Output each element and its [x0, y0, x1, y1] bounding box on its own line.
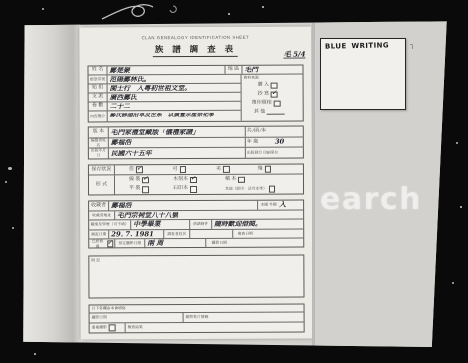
field-label: 郡望堂號 [89, 75, 108, 83]
field-value: 30 [275, 139, 303, 146]
field-value: 鄺楚聚 [107, 66, 224, 73]
field-label: 出版發行 印刷單位 [245, 148, 303, 158]
option-label: 抄 寫 [258, 92, 269, 98]
field-value: 兩 周 [145, 239, 206, 248]
field-value: 中學畢業 [131, 220, 190, 229]
field-value: 閩士行 入粵初世祖文堂。 [108, 85, 192, 92]
table-office-use: 以下各欄由本會填寫 攝影日期 縮影負片號碼 重複攝影 檢查結果 [89, 304, 305, 334]
condition-option: 殘 [257, 166, 271, 173]
format-option: 線 裝 [129, 177, 173, 184]
source-option: 購 入 [258, 82, 301, 89]
field-value: 鄺氏修譜沿革及世系 以廣置宗產祭祀事 [108, 113, 214, 119]
dust-speck [5, 181, 7, 183]
field-label: 地 區 [224, 66, 242, 74]
checkbox [179, 166, 186, 173]
field-label: 攝影日期 [90, 313, 184, 322]
field-value: 毛門宗祠堂八十八號 [115, 212, 178, 219]
field-label: 檢查結果 [126, 325, 143, 330]
option-label: 可 [172, 167, 177, 173]
genealogy-form-paper: CLAN GENEALOGY IDENTIFICATION SHEET 族 譜 … [79, 26, 312, 339]
checkbox [190, 186, 197, 193]
field-label: 調查日期 [89, 230, 109, 238]
dust-speck [452, 282, 454, 284]
field-value: 民國六十五年 [109, 149, 245, 156]
field-label: 攝影日期 [206, 239, 232, 248]
table-identification: 姓 名 鄺楚聚 地 區 毛門 郡望堂號 范陽鄺林氏。 始 祖 閩士行 入粵初世祖… [87, 65, 303, 123]
field-label: 收藏者 [89, 201, 109, 210]
field-value: 毛門 [242, 66, 302, 73]
dust-speck [262, 6, 264, 8]
checkbox [142, 177, 149, 184]
field-label: 始 祖 [89, 84, 108, 92]
field-label: 已經看過 [89, 239, 115, 248]
condition-option: 劣 [216, 166, 230, 173]
field-label: 卷 數 [89, 102, 108, 110]
field-label: 複查日期 [233, 230, 257, 238]
dust-speck [456, 142, 458, 144]
table-row: 已經看過 預定攝影日期 兩 周 攝影日期 [89, 239, 303, 249]
form-english-title: CLAN GENEALOGY IDENTIFICATION SHEET [79, 34, 311, 40]
source-panel: 資料來源 購 入 抄 寫 複印照相 [241, 75, 303, 121]
form-chinese-title: 族 譜 調 查 表 [153, 43, 238, 57]
checkbox [269, 186, 276, 193]
field-value: 鄺福浩 [109, 139, 245, 146]
condition-option: 佳 [129, 166, 143, 173]
checkbox [274, 100, 281, 107]
format-option: 石印本 [173, 186, 225, 193]
field-label: 形 式 [89, 175, 115, 194]
dust-speck [34, 353, 36, 355]
field-label: 職業及學歷（可不填） [89, 220, 131, 229]
option-label: 其 他 [254, 109, 265, 115]
fill-in-line [267, 110, 285, 115]
field-value: 范陽鄺林氏。 [108, 76, 151, 83]
option-label: 已經看過 [90, 239, 105, 248]
checkbox [271, 91, 278, 98]
field-label: 調查者姓名 [164, 230, 190, 238]
source-option: 其 他 [254, 109, 301, 115]
field-label: 保存狀況 [89, 165, 115, 174]
table-edition: 版 本 毛門家禮堂藏版「儀禮家譜」 共 ∕函 ∕本 編纂者姓名 鄺福浩 年 歲 … [88, 126, 304, 160]
table-row: 內容簡介 鄺氏修譜沿革及世系 以廣置宗產祭祀事 [89, 111, 241, 122]
field-label: 姓 名 [88, 66, 107, 74]
field-value: 隨時歡迎借閱。 [212, 221, 262, 228]
option-label: 殘 [257, 166, 262, 172]
checkbox [109, 325, 116, 332]
source-option: 複印照相 [252, 100, 301, 107]
field-label: 年 歲 [245, 138, 275, 147]
option-label: 其他（影印‧活頁本等） [225, 187, 267, 192]
field-label: 編纂者姓名 [89, 138, 109, 147]
dust-speck [42, 8, 44, 10]
option-label: 稿 本 [225, 177, 236, 183]
field-label: 出版年月日 [89, 148, 109, 158]
table-condition-format: 保存狀況 佳 可 劣 殘 [88, 164, 304, 196]
field-value: 廣西鄺氏 [108, 94, 137, 101]
option-label: 石印本 [173, 186, 188, 192]
sticky-note-text: BLUE WRITING [325, 41, 389, 50]
checkbox [190, 176, 197, 183]
dust-speck [460, 206, 462, 208]
checkbox [107, 241, 114, 248]
format-option: 稿 本 [225, 176, 245, 183]
table-row: 重複攝影 檢查結果 [90, 323, 304, 333]
sticky-note: BLUE WRITING [320, 38, 406, 110]
field-label: 版 本 [89, 127, 109, 137]
option-label: 劣 [216, 167, 221, 173]
field-label: 本國 外國 [257, 201, 279, 210]
field-label: 預定攝影日期 [115, 239, 145, 248]
field-label: 內容簡介 [89, 111, 108, 121]
condition-option: 可 [172, 166, 186, 173]
field-label: 支 派 [89, 93, 108, 101]
field-label: 重複攝影 [90, 323, 126, 332]
checkbox [136, 166, 143, 173]
field-label: 以下各欄由本會填寫 [92, 307, 126, 312]
source-option: 抄 寫 [258, 91, 301, 98]
field-value: 二十二 [108, 103, 130, 110]
option-label: 重複攝影 [92, 326, 107, 331]
option-label: 複印照相 [252, 101, 272, 107]
pencil-corner-mark: ┐ [410, 42, 415, 49]
table-row: 出版年月日 民國六十五年 出版發行 印刷單位 [89, 148, 303, 159]
checkbox [142, 186, 149, 193]
field-label: 縮影負片號碼 [184, 315, 209, 320]
field-label: 共 ∕函 ∕本 [245, 127, 303, 137]
dust-speck [8, 167, 12, 170]
field-value: 毛門家禮堂藏版「儀禮家譜」 [109, 128, 245, 135]
field-value: 鄺福浩 [109, 202, 257, 209]
microfilm-scan-frame: CLAN GENEALOGY IDENTIFICATION SHEET 族 譜 … [0, 0, 468, 363]
checkbox [238, 176, 245, 183]
option-label: 平 裝 [129, 187, 140, 193]
right-page: BLUE WRITING ┐ earch [312, 20, 448, 349]
table-row: 形 式 線 裝 木刻本 稿 本 [89, 175, 303, 195]
field-value: 29. 7. 1981 [109, 230, 164, 238]
checkbox [223, 166, 230, 173]
field-label: 收藏者地址 [89, 211, 115, 219]
option-label: 佳 [129, 167, 134, 173]
field-label: 附 記 [91, 258, 100, 263]
format-option: 其他（影印‧活頁本等） [225, 186, 275, 193]
dust-speck [228, 13, 230, 15]
familysearch-watermark: earch [320, 182, 422, 217]
scanned-pages: CLAN GENEALOGY IDENTIFICATION SHEET 族 譜 … [22, 20, 448, 349]
option-label: 線 裝 [129, 177, 140, 183]
option-label: 木刻本 [173, 177, 188, 183]
option-label: 購 入 [258, 83, 269, 89]
checkbox [264, 166, 271, 173]
dust-speck [12, 227, 14, 229]
left-page-margin [22, 20, 80, 349]
format-option: 平 裝 [129, 186, 173, 193]
field-value: 入 [279, 202, 303, 209]
field-value [190, 230, 233, 238]
format-option: 木刻本 [173, 176, 225, 183]
handwritten-sheet-number: 毛 5/4 [284, 51, 306, 59]
field-label: 借譜條件 [190, 220, 212, 229]
source-panel-header: 資料來源 [244, 76, 301, 81]
remarks-box: 附 記 [88, 255, 304, 299]
table-owner-survey: 收藏者 鄺福浩 本國 外國 入 收藏者地址 毛門宗祠堂八十八號 職業及學歷（可不… [88, 200, 304, 249]
